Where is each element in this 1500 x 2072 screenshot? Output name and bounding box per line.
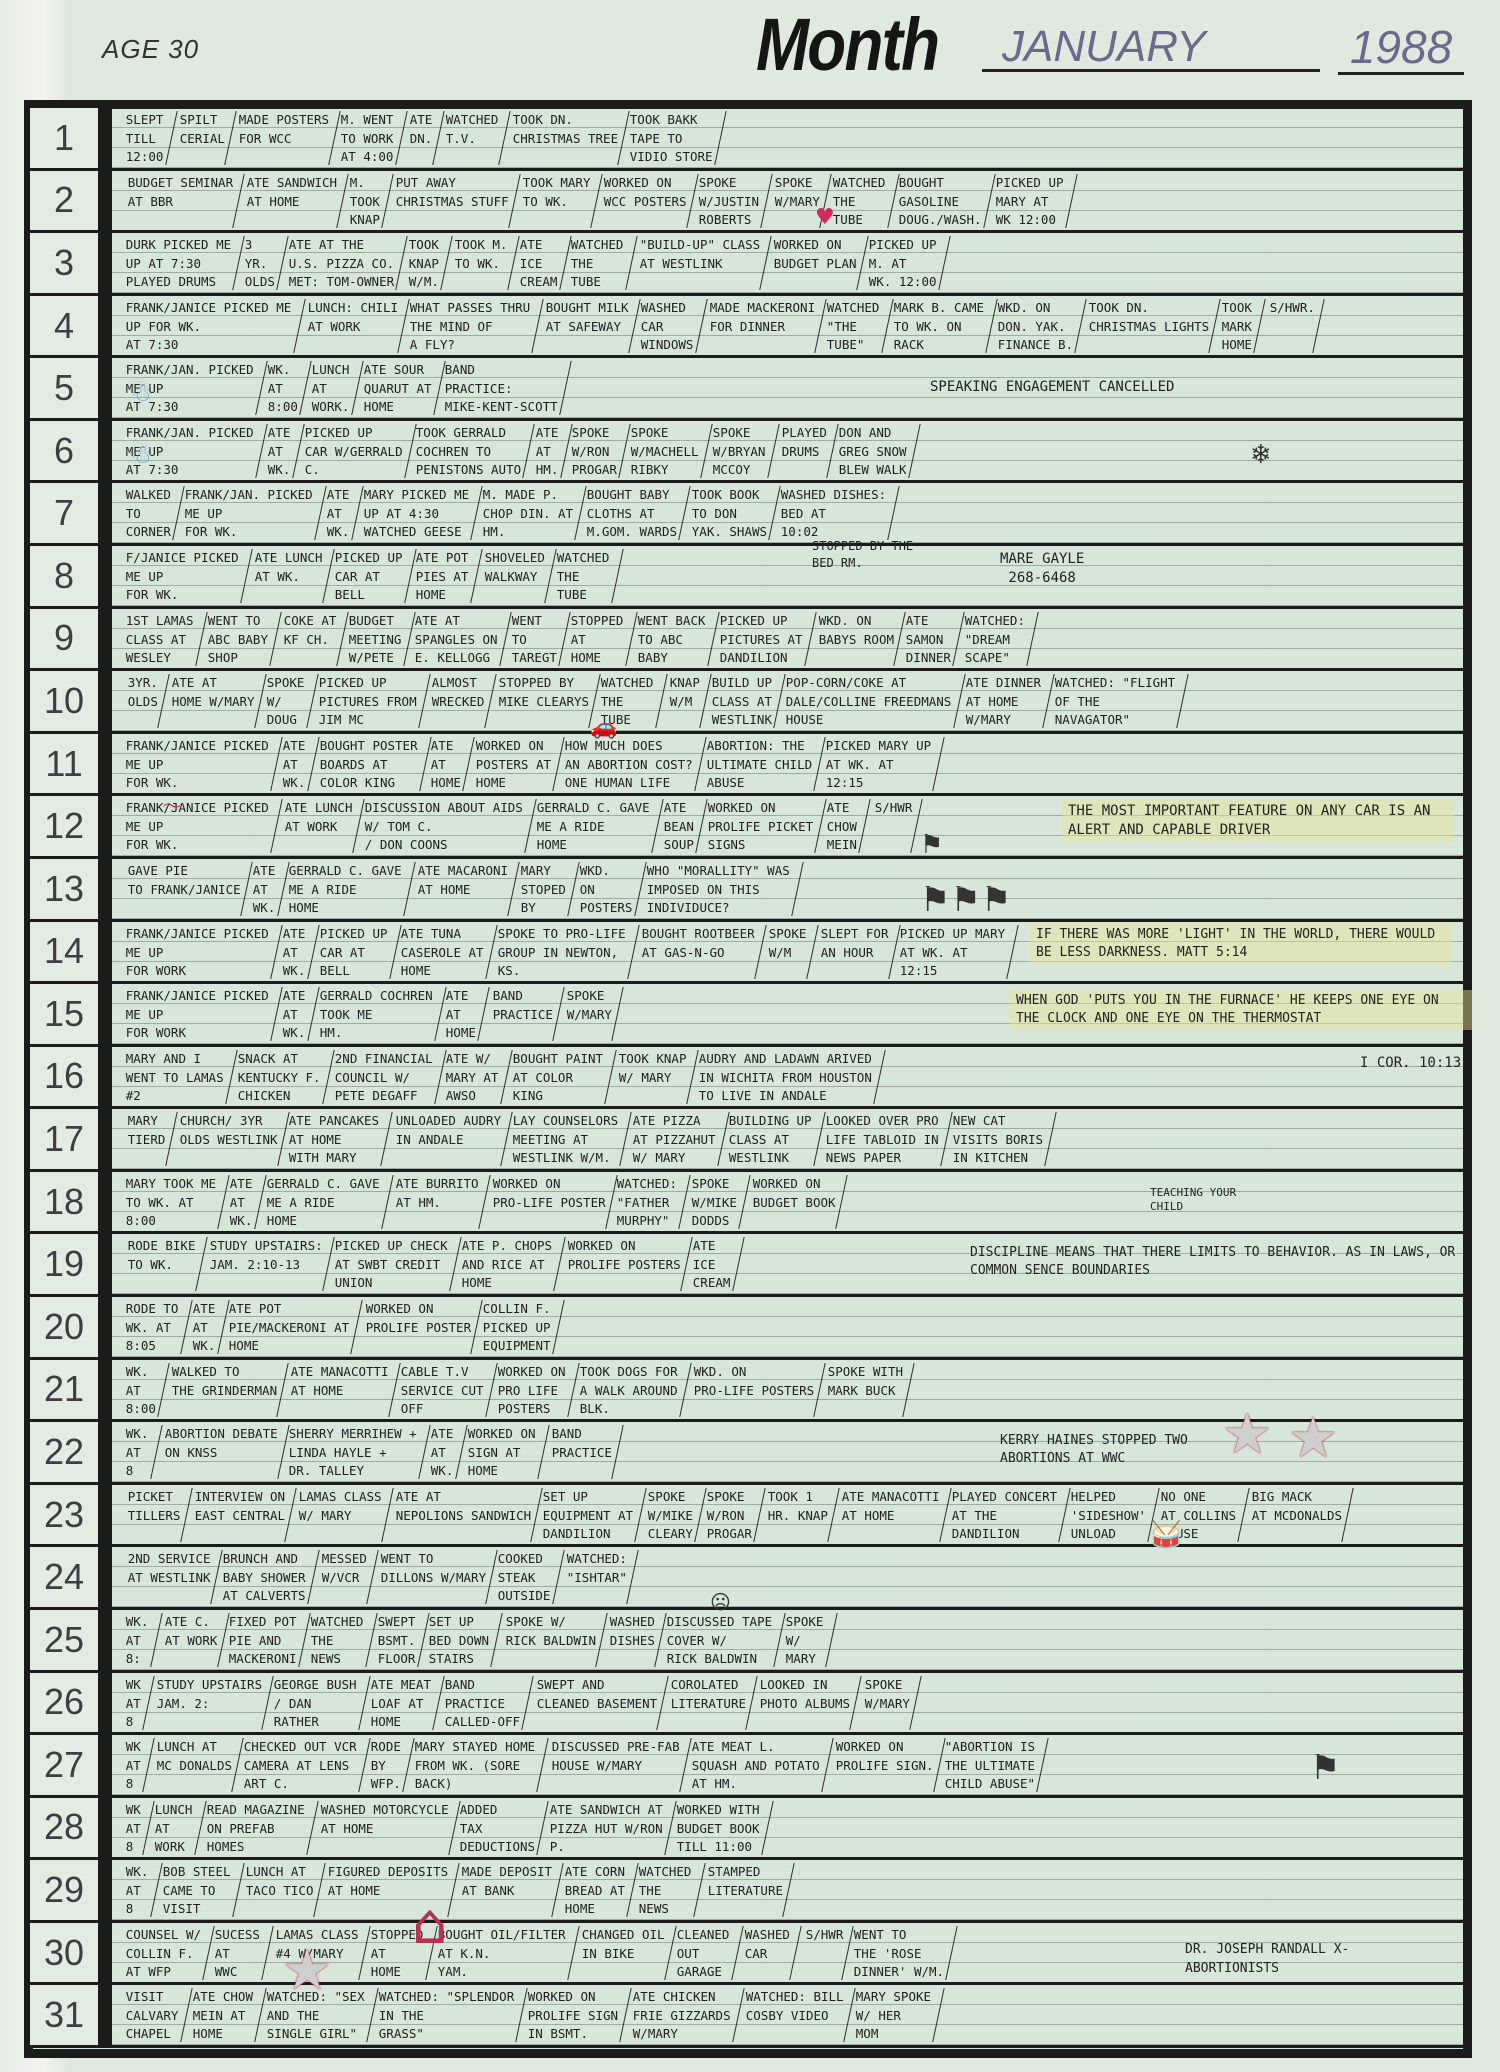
day-row: WK. AT 8BOB STEEL CAME TO VISITLUNCH AT … xyxy=(112,1860,1464,1923)
diary-entry: SPOKE W/ RICK BALDWIN xyxy=(492,1613,608,1667)
diary-entry: COROLATED LITERATURE xyxy=(657,1676,758,1730)
diary-entry: FRANK/JANICE PICKED ME UP FOR WK. AT 7:3… xyxy=(114,299,305,353)
squiggle-icon: 〜 xyxy=(162,790,182,819)
diary-entry: SHOVELED WALKWAY xyxy=(471,549,557,603)
diary-entry: WALKED TO THE GRINDERMAN xyxy=(158,1363,289,1417)
age-label: AGE 30 xyxy=(102,34,199,65)
diary-entry: BOUGHT BABY CLOTHS AT M.GOM. WARDS xyxy=(576,486,692,540)
diary-entry: CABLE T.V SERVICE CUT OFF xyxy=(390,1363,498,1417)
diary-entry: PICKED UP MARY AT WK 12:00 xyxy=(984,174,1077,228)
diary-entry: ATE CORN BREAD AT HOME xyxy=(553,1863,639,1917)
diary-entry: WATCHED T.V. xyxy=(433,111,511,165)
diary-entry: SPOKE W/ MARY xyxy=(775,1613,838,1667)
diary-entry: ATE W/ MARY AT AWSO xyxy=(435,1050,513,1104)
day-row: WALKED TO CORNERFRANK/JAN. PICKED ME UP … xyxy=(112,483,1464,546)
diary-entry: BOB STEEL CAME TO VISIT xyxy=(151,1863,244,1917)
diary-entry: WATCHED THE NEWS xyxy=(627,1863,705,1917)
diary-entry: BAND PRACTICE xyxy=(479,987,565,1041)
diary-entry: ATE LUNCH AT WK. xyxy=(241,549,334,603)
diary-entry: CHECKED OUT VCR CAMERA AT LENS ART C. xyxy=(233,1738,371,1792)
diary-entry: WENT TO THE 'ROSE DINNER' W/M. xyxy=(842,1926,958,1980)
month-label: Month xyxy=(756,2,938,87)
diary-entry: FRANK/JAN. PICKED ME UP FOR WK. xyxy=(173,486,326,540)
day-number: 29 xyxy=(30,1860,98,1923)
diary-entry: WENT TO ABC BABY SHOP xyxy=(196,612,282,666)
diary-entry: ATE CHICKEN FRIE GIZZARDS W/MARY xyxy=(621,1988,744,2042)
diary-entry: WORKED ON PROLIFE POSTER xyxy=(352,1300,483,1354)
day-row: FRANK/JANICE PICKED ME UP FOR WK.ATE AT … xyxy=(112,734,1464,797)
diary-entry: WASHED DISHES: BED AT 10:02 xyxy=(769,486,900,540)
diary-entry: ATE AT NEPOLIONS SANDWICH xyxy=(382,1488,543,1542)
day-number: 25 xyxy=(30,1610,98,1673)
drum-kit-icon: 🥁 xyxy=(1150,1520,1182,1550)
day-number: 15 xyxy=(30,984,98,1047)
day-row: WK AT 8LUNCH AT WORKREAD MAGAZINE ON PRE… xyxy=(112,1798,1464,1861)
diary-entry: BUDGET SEMINAR AT BBR xyxy=(114,174,245,228)
diary-entry: TOOK 1 HR. KNAP xyxy=(754,1488,840,1542)
day-row: F/JANICE PICKED ME UP FOR WK.ATE LUNCH A… xyxy=(112,546,1464,609)
note-quote-furnace: WHEN GOD 'PUTS YOU IN THE FURNACE' HE KE… xyxy=(1010,990,1472,1030)
diary-entry: WORKED ON BUDGET BOOK xyxy=(739,1175,847,1229)
diary-entry: SLEPT FOR AN HOUR xyxy=(807,925,900,979)
diary-entry: BUILDING UP CLASS AT WESTLINK xyxy=(718,1112,826,1166)
diary-entry: LUNCH AT MC DONALDS xyxy=(143,1738,244,1792)
diary-entry: SPOKE W/BRYAN MCCOY xyxy=(701,424,779,478)
day-row: WK. AT 8:ATE C. AT WORKFIXED POT PIE AND… xyxy=(112,1610,1464,1673)
note-speaking-cancelled: SPEAKING ENGAGEMENT CANCELLED xyxy=(930,378,1174,397)
diary-entry: MADE DEPOSIT AT BANK xyxy=(449,1863,565,1917)
diary-entry: POP-CORN/COKE AT DALE/COLLINE FREEDMANS … xyxy=(775,674,966,728)
diary-entry: WORKED ON PROLIFE SIGN. xyxy=(822,1738,945,1792)
diary-entry: LUNCH AT TACO TICO xyxy=(233,1863,326,1917)
diary-entry: HELPED 'SIDESHOW' UNLOAD xyxy=(1060,1488,1161,1542)
day-number: 30 xyxy=(30,1923,98,1986)
diary-entry: PICKED UP M. AT WK. 12:00 xyxy=(857,236,950,290)
year-value: 1988 xyxy=(1338,22,1464,75)
diary-entry: LUNCH: CHILI AT WORK xyxy=(294,299,410,353)
diary-entry: WATCHED: "ISHTAR" xyxy=(553,1550,639,1604)
diary-entry: MADE MACKERONI FOR DINNER xyxy=(696,299,827,353)
diary-entry: SHERRY MERRIHEW + LINDA HAYLE + DR. TALL… xyxy=(278,1425,431,1479)
diary-entry: LAY COUNSELORS MEETING AT WESTLINK W/M. xyxy=(501,1112,632,1166)
diary-entry: SPOKE W/MARY xyxy=(553,987,624,1041)
diary-entry: PUT AWAY CHRISTMAS STUFF xyxy=(382,174,520,228)
diary-entry: SPOKE TO PRO-LIFE GROUP IN NEWTON, KS. xyxy=(486,925,639,979)
diary-entry: READ MAGAZINE ON PREFAB HOMES xyxy=(195,1801,318,1855)
diary-entry: WKD. ON BABYS ROOM xyxy=(805,612,906,666)
diary-entry: VISIT CALVARY CHAPEL xyxy=(114,1988,192,2042)
star-icon: ★ xyxy=(1288,1414,1338,1464)
diary-entry: WATCHED: "DREAM SCAPE" xyxy=(953,612,1039,666)
diary-entry: BOUGHT ROOTBEER AT GAS-N-GO xyxy=(628,925,766,979)
diary-entry: TOOK KNAP W/ MARY xyxy=(606,1050,699,1104)
diary-entry: WKD. ON DON. YAK. FINANCE B. xyxy=(986,299,1087,353)
diary-entry: PICKED UP PICTURES AT DANDILION xyxy=(708,612,816,666)
diary-entry: SNACK AT KENTUCKY F. CHICKEN xyxy=(226,1050,334,1104)
diary-entry: PICKET TILLERS xyxy=(114,1488,192,1542)
diary-entry: MARY TOOK ME TO WK. AT 8:00 xyxy=(114,1175,230,1229)
diary-entry: WATCHED: "FATHER MURPHY" xyxy=(606,1175,692,1229)
diary-entry: DISCUSSION ABOUT AIDS W/ TOM C. / DON CO… xyxy=(353,799,536,853)
note-teaching: TEACHING YOUR CHILD xyxy=(1150,1186,1240,1214)
diary-entry: S/HWR. xyxy=(1254,299,1325,353)
diary-entry: WKD. ON POSTERS xyxy=(568,862,646,916)
diary-entry: ADDED TAX DEDUCTIONS xyxy=(449,1801,550,1855)
day-number: 26 xyxy=(30,1673,98,1736)
diary-entry: FRANK/JANICE PICKED ME UP FOR WK. xyxy=(114,799,282,853)
diary-entry: ATE MACARONI AT HOME xyxy=(405,862,521,916)
day-number: 21 xyxy=(30,1360,98,1423)
diary-entry: SPOKE WITH MARK BUCK xyxy=(814,1363,915,1417)
diary-entry: MARY SPOKE W/ HER MOM xyxy=(845,1988,946,2042)
diary-entry: TOOK BOOK TO DON YAK. SHAWS xyxy=(680,486,781,540)
diary-entry: TOOK DN. CHRISTMAS TREE xyxy=(499,111,630,165)
diary-entry: PICKED UP PICTURES FROM JIM MC xyxy=(307,674,430,728)
day-number: 31 xyxy=(30,1985,98,2048)
diary-entry: WORKED ON POSTERS AT HOME xyxy=(464,737,565,791)
diary-entry: WORKED ON PRO-LIFE POSTER xyxy=(479,1175,617,1229)
day-row: MARY AND I WENT TO LAMAS #2SNACK AT KENT… xyxy=(112,1047,1464,1110)
diary-entry: MARY PICKED ME UP AT 4:30 WATCHED GEESE xyxy=(352,486,483,540)
day-row: FRANK/JAN. PICKED ME UP AT 7:30WK. AT 8:… xyxy=(112,358,1464,421)
diary-entry: WASHED CAR WINDOWS xyxy=(629,299,707,353)
diary-entry: TOOK GERRALD COCHREN TO PENISTONS AUTO xyxy=(405,424,536,478)
star-icon: ★ xyxy=(1222,1410,1272,1460)
day-number: 17 xyxy=(30,1109,98,1172)
day-number: 24 xyxy=(30,1547,98,1610)
diary-entry: 2ND SERVICE AT WESTLINK xyxy=(114,1550,222,1604)
diary-entry: BIG MACK AT MCDONALDS xyxy=(1238,1488,1354,1542)
diary-entry: WASHED MOTORCYCLE AT HOME xyxy=(307,1801,460,1855)
diary-entry: ABORTION DEBATE ON KNSS xyxy=(151,1425,289,1479)
diary-entry: WATCHED THE NEWS xyxy=(299,1613,377,1667)
diary-entry: WORKED ON PROLIFE SIGN IN BSMT. xyxy=(517,1988,633,2042)
diary-entry: BOUGHT OIL/FILTER AT K.N. YAM. xyxy=(426,1926,579,1980)
diary-entry: WORKED WITH BUDGET BOOK TILL 11:00 xyxy=(665,1801,773,1855)
diary-entry: AUDRY AND LADAWN ARIVED IN WICHITA FROM … xyxy=(688,1050,886,1104)
day-number: 20 xyxy=(30,1297,98,1360)
diary-entry: BAND PRACTICE: MIKE-KENT-SCOTT xyxy=(434,361,572,415)
diary-entry: ATE SANDWICH AT PIZZA HUT W/RON P. xyxy=(538,1801,676,1855)
note-randall: DR. JOSEPH RANDALL X-ABORTIONISTS xyxy=(1185,1940,1385,1978)
day-number: 14 xyxy=(30,922,98,985)
diary-entry: SPOKE W/MIKE CLEARY xyxy=(636,1488,707,1542)
day-row: BUDGET SEMINAR AT BBRATE SANDWICH AT HOM… xyxy=(112,171,1464,234)
diary-entry: ATE MEAT LOAF AT HOME xyxy=(360,1676,446,1730)
diary-entry: COOKED STEAK OUTSIDE xyxy=(486,1550,564,1604)
day-number: 12 xyxy=(30,796,98,859)
day-number: 10 xyxy=(30,671,98,734)
snowman-icon: ☃ xyxy=(130,440,153,470)
diary-entry: PICKED UP CAR AT BELL xyxy=(323,549,416,603)
diary-entry: WORKED ON PROLIFE POSTERS xyxy=(554,1237,692,1291)
diary-entry: BAND PRACTICE CALLED-OFF xyxy=(434,1676,535,1730)
diary-entry: GAVE PIE TO FRANK/JANICE xyxy=(114,862,252,916)
note-quote-light: IF THERE WAS MORE 'LIGHT' IN THE WORLD, … xyxy=(1030,924,1452,964)
diary-entry: ATE SANDWICH AT HOME xyxy=(234,174,350,228)
day-number: 3 xyxy=(30,233,98,296)
diary-entry: ATE PANCAKES AT HOME WITH MARY xyxy=(278,1112,394,1166)
day-number: 13 xyxy=(30,859,98,922)
diary-entry: ATE MANACOTTI AT HOME xyxy=(828,1488,951,1542)
diary-entry: FRANK/JANICE PICKED ME UP FOR WK. xyxy=(114,737,282,791)
day-number-column: 1234567891011121314151617181920212223242… xyxy=(30,108,104,2048)
diary-entry: FRANK/JANICE PICKED ME UP FOR WORK xyxy=(114,925,282,979)
diary-entry: ATE ICE CREAM xyxy=(681,1237,744,1291)
diary-entry: MARY STAYED HOME FROM WK. (SORE BACK) xyxy=(404,1738,550,1792)
diary-entry: ATE AT THE U.S. PIZZA CO. MET: TOM-OWNER xyxy=(278,236,409,290)
diary-entry: ATE MANACOTTI AT HOME xyxy=(278,1363,401,1417)
diary-entry: SWEPT AND CLEANED BASEMENT xyxy=(523,1676,669,1730)
diary-entry: ATE C. AT WORK xyxy=(151,1613,229,1667)
day-row: 1ST LAMAS CLASS AT WESLEYWENT TO ABC BAB… xyxy=(112,609,1464,672)
diary-entry: PLAYED CONCERT AT THE DANDILION xyxy=(940,1488,1071,1542)
diary-entry: DISCUSSED PRE-FAB HOUSE W/MARY xyxy=(538,1738,691,1792)
day-number: 9 xyxy=(30,609,98,672)
diary-entry: SPOKE W/MARY xyxy=(851,1676,922,1730)
diary-entry: ATE DINNER AT HOME W/MARY xyxy=(954,674,1055,728)
column-divider xyxy=(98,108,112,2048)
picket-signs-icon: ⚑⚑⚑ xyxy=(920,880,1011,920)
diary-entry: M. MADE P. CHOP DIN. AT HM. xyxy=(471,486,587,540)
diary-entry: PICKED UP MARY AT WK. AT 12:15 xyxy=(889,925,1020,979)
diary-entry: WHAT PASSES THRU THE MIND OF A FLY? xyxy=(398,299,544,353)
diary-entry: SET UP BED DOWN STAIRS xyxy=(418,1613,504,1667)
diary-entry: WENT TO DILLONS W/MARY xyxy=(367,1550,498,1604)
diary-entry: STAMPED LITERATURE xyxy=(694,1863,795,1917)
day-row: DURK PICKED ME UP AT 7:30 PLAYED DRUMS3 … xyxy=(112,233,1464,296)
month-value: JANUARY xyxy=(982,22,1320,72)
diary-entry: ATE AT HOME W/MARY xyxy=(158,674,266,728)
day-row: FRANK/JANICE PICKED ME UP FOR WK. AT 7:3… xyxy=(112,296,1464,359)
diary-entry: WATCHED: "SPLENDOR IN THE GRASS" xyxy=(367,1988,528,2042)
diary-entry: BAND PRACTICE xyxy=(538,1425,624,1479)
page-header: AGE 30 Month JANUARY 1988 xyxy=(0,0,1500,110)
diary-entry: RODE TO WK. AT 8:05 xyxy=(114,1300,192,1354)
diary-entry: PICKED UP CHECK AT SWBT CREDIT UNION xyxy=(323,1237,461,1291)
diary-entry: GEORGE BUSH / DAN RATHER xyxy=(263,1676,371,1730)
diary-entry: "ABORTION IS THE ULTIMATE CHILD ABUSE" xyxy=(934,1738,1050,1792)
diary-entry: CHURCH/ 3YR OLDS WESTLINK xyxy=(166,1112,289,1166)
diary-entry: MARY AND I WENT TO LAMAS #2 xyxy=(114,1050,237,1104)
diary-entry: DURK PICKED ME UP AT 7:30 PLAYED DRUMS xyxy=(114,236,245,290)
diary-entry: BUDGET MEETING W/PETE xyxy=(337,612,415,666)
diary-entry: COKE AT KF CH. xyxy=(270,612,348,666)
day-row: WK AT 8STUDY UPSTAIRS JAM. 2:GEORGE BUSH… xyxy=(112,1673,1464,1736)
diary-entry: MADE POSTERS FOR WCC xyxy=(225,111,341,165)
day-row: GAVE PIE TO FRANK/JANICEATE AT WK.GERRAL… xyxy=(112,859,1464,922)
diary-entry: CHANGED OIL IN BIKE xyxy=(568,1926,676,1980)
diary-entry: SPOKE W/JUSTIN ROBERTS xyxy=(688,174,774,228)
diary-entry: GERRALD C. GAVE ME A RIDE HOME xyxy=(278,862,416,916)
snowblower-icon: ❄ xyxy=(1250,440,1272,470)
diary-entry: RODE BIKE TO WK. xyxy=(114,1237,207,1291)
diary-entry: WORKED ON SIGN AT HOME xyxy=(456,1425,549,1479)
star-icon: ★ xyxy=(282,1946,332,1996)
diary-entry: TOOK DN. CHRISTMAS LIGHTS xyxy=(1076,299,1222,353)
note-discipline: DISCIPLINE MEANS THAT THERE LIMITS TO BE… xyxy=(970,1244,1460,1280)
note-quote-car: THE MOST IMPORTANT FEATURE ON ANY CAR IS… xyxy=(1062,800,1454,842)
diary-entry: INTERVIEW ON EAST CENTRAL xyxy=(181,1488,297,1542)
diary-entry: ATE TUNA CASEROLE AT HOME xyxy=(390,925,498,979)
diary-entry: ABORTION: THE ULTIMATE CHILD ABUSE xyxy=(695,737,826,791)
diary-entry: WATCHED THE TUBE xyxy=(546,549,624,603)
car-icon: 🚗 xyxy=(590,715,617,740)
diary-entry: PICKED UP CAR AT BELL xyxy=(308,925,401,979)
diary-entry: TOOK M. TO WK. xyxy=(441,236,519,290)
diary-entry: COUNSEL W/ COLLIN F. AT WFP xyxy=(114,1926,215,1980)
diary-entry: BOUGHT GASOLINE DOUG./WASH. xyxy=(888,174,996,228)
day-row: 2ND SERVICE AT WESTLINKBRUNCH AND BABY S… xyxy=(112,1547,1464,1610)
diary-entry: LAMAS CLASS W/ MARY xyxy=(285,1488,393,1542)
diary-entry: FRANK/JANICE PICKED ME UP FOR WORK xyxy=(114,987,282,1041)
diary-entry: STOPPED BY MIKE CLEARYS xyxy=(485,674,601,728)
day-row: MARY TOOK ME TO WK. AT 8:00ATE AT WK.GER… xyxy=(112,1172,1464,1235)
day-number: 16 xyxy=(30,1047,98,1110)
diary-entry: BOUGHT MILK AT SAFEWAY xyxy=(533,299,641,353)
diary-entry: WORKED ON BUDGET PLAN xyxy=(761,236,869,290)
note-stopped-by: STOPPED BY THE BED RM. xyxy=(812,538,922,572)
diary-entry: ATE LUNCH AT WORK xyxy=(271,799,364,853)
diary-entry: WATCHED: BILL COSBY VIDEO xyxy=(733,1988,856,2042)
day-number: 5 xyxy=(30,358,98,421)
diary-entry: NEW CAT VISITS BORIS IN KITCHEN xyxy=(941,1112,1057,1166)
day-row: RODE TO WK. AT 8:05ATE AT WK.ATE POT PIE… xyxy=(112,1297,1464,1360)
picket-sign-icon: ⚑ xyxy=(1310,1748,1340,1788)
diary-entry: FIXED POT PIE AND MACKERONI xyxy=(218,1613,311,1667)
diary-entry: WATCHED THE TUBE xyxy=(560,236,638,290)
day-number: 8 xyxy=(30,546,98,609)
day-number: 19 xyxy=(30,1234,98,1297)
day-number: 27 xyxy=(30,1735,98,1798)
diary-entry: ATE CHOW MEIN AT HOME xyxy=(181,1988,267,2042)
day-number: 7 xyxy=(30,483,98,546)
day-number: 18 xyxy=(30,1172,98,1235)
diary-entry: LOOKED OVER PRO LIFE TABLOID IN NEWS PAP… xyxy=(814,1112,952,1166)
day-number: 23 xyxy=(30,1485,98,1548)
diary-entry: DISCUSSED TAPE COVER W/ RICK BALDWIN xyxy=(655,1613,786,1667)
diary-entry: STOPPED AT HOME xyxy=(560,612,638,666)
day-row: PICKET TILLERSINTERVIEW ON EAST CENTRALL… xyxy=(112,1485,1464,1548)
note-cor-ref: I COR. 10:13 xyxy=(1360,1054,1461,1073)
diary-entry: TOOK MARY TO WK. xyxy=(509,174,602,228)
day-row: WK AT 8LUNCH AT MC DONALDSCHECKED OUT VC… xyxy=(112,1735,1464,1798)
day-number: 11 xyxy=(30,734,98,797)
diary-entry: CLEANED OUT GARAGE xyxy=(665,1926,743,1980)
day-number: 22 xyxy=(30,1422,98,1485)
diary-entry: ATE MEAT L. SQUASH AND POTATO AT HM. xyxy=(680,1738,833,1792)
frown-face-icon: ☹ xyxy=(710,1590,731,1614)
diary-entry: BOUGHT POSTER BOARDS AT COLOR KING xyxy=(308,737,431,791)
diary-entry: WORKED ON PRO LIFE POSTERS xyxy=(486,1363,579,1417)
diary-entry: UNLOADED AUDRY IN ANDALE xyxy=(382,1112,513,1166)
diary-entry: ATE P. CHOPS AND RICE AT HOME xyxy=(450,1237,566,1291)
day-row: SLEPT TILL 12:00SPILT CERIALMADE POSTERS… xyxy=(112,108,1464,171)
diary-entry: ATE POT PIES AT HOME xyxy=(405,549,483,603)
note-phone: MARE GAYLE 268-6468 xyxy=(1000,550,1084,588)
diary-entry: GERRALD C. GAVE ME A RIDE HOME xyxy=(255,1175,393,1229)
diary-entry: "BUILD-UP" CLASS AT WESTLINK xyxy=(626,236,772,290)
diary-entry: BUILD UP CLASS AT WESTLINK xyxy=(700,674,786,728)
diary-entry: WORKED ON PROLIFE PICKET SIGNS xyxy=(696,799,827,853)
day-number: 6 xyxy=(30,421,98,484)
diary-entry: ATE PIZZA AT PIZZAHUT W/ MARY xyxy=(621,1112,729,1166)
diary-entry: ATE AT SPANGLES ON E. KELLOGG xyxy=(404,612,512,666)
diary-entry: LOOKED IN PHOTO ALBUMS xyxy=(747,1676,863,1730)
diary-entry: WATCHED: "FLIGHT OF THE NAVAGATOR" xyxy=(1044,674,1190,728)
day-number: 4 xyxy=(30,296,98,359)
day-row: MARY TIERDCHURCH/ 3YR OLDS WESTLINKATE P… xyxy=(112,1109,1464,1172)
diary-entry: WENT BACK TO ABC BABY xyxy=(626,612,719,666)
diary-entry: ATE SOUR QUARUT AT HOME xyxy=(352,361,445,415)
diary-entry: HOW MUCH DOES AN ABORTION COST? ONE HUMA… xyxy=(553,737,706,791)
diary-entry: ATE POT PIE/MACKERONI AT HOME xyxy=(218,1300,364,1354)
diary-entry: 1ST LAMAS CLASS AT WESLEY xyxy=(114,612,207,666)
day-rows: SLEPT TILL 12:00SPILT CERIALMADE POSTERS… xyxy=(112,108,1464,2048)
house-icon: ⌂ xyxy=(412,1892,448,1957)
note-kerry: KERRY HAINES STOPPED TWO ABORTIONS AT WW… xyxy=(1000,1432,1230,1468)
diary-entry: ATE BURRITO AT HM. xyxy=(382,1175,490,1229)
diary-entry: GERRALD COCHREN TOOK ME HM. xyxy=(308,987,446,1041)
diary-entry: SPOKE W/MACHELL RIBKY xyxy=(620,424,713,478)
diary-entry: COLLIN F. PICKED UP EQUIPMENT xyxy=(471,1300,564,1354)
diary-entry: GERRALD C. GAVE ME A RIDE HOME xyxy=(525,799,663,853)
picket-sign-icon: ⚑ xyxy=(920,830,943,860)
diary-entry: WHO "MORALLITY" WAS IMPOSED ON THIS INDI… xyxy=(635,862,803,916)
snowman-icon: ☃ xyxy=(130,378,153,408)
heart-icon: ♥ xyxy=(815,205,835,230)
diary-entry: F/JANICE PICKED ME UP FOR WK. xyxy=(114,549,252,603)
diary-entry: WKD. ON PRO-LIFE POSTERS xyxy=(680,1363,826,1417)
diary-entry: WATCHED "THE TUBE" xyxy=(815,299,893,353)
day-number: 1 xyxy=(30,108,98,171)
diary-entry: BOUGHT PAINT AT COLOR KING xyxy=(501,1050,617,1104)
diary-entry: WORKED ON WCC POSTERS xyxy=(591,174,699,228)
day-row: 3YR. OLDSATE AT HOME W/MARYSPOKE W/ DOUG… xyxy=(112,671,1464,734)
diary-entry: BRUNCH AND BABY SHOWER AT CALVERTS xyxy=(211,1550,319,1604)
day-number: 28 xyxy=(30,1798,98,1861)
diary-entry: DON AND GREG SNOW BLEW WALK xyxy=(827,424,920,478)
diary-entry: 2ND FINANCIAL COUNCIL W/ PETE DEGAFF xyxy=(323,1050,446,1104)
day-number: 2 xyxy=(30,171,98,234)
diary-entry: ALMOST WRECKED xyxy=(419,674,497,728)
diary-entry: M. WENT TO WORK AT 4:00 xyxy=(329,111,407,165)
diary-entry: TOOK DOGS FOR A WALK AROUND BLK. xyxy=(568,1363,691,1417)
diary-entry: PICKED MARY UP AT WK. AT 12:15 xyxy=(814,737,945,791)
diary-entry: TOOK BAKK TAPE TO VIDIO STORE xyxy=(619,111,727,165)
diary-entry: STUDY UPSTAIRS JAM. 2: xyxy=(143,1676,274,1730)
diary-entry: PICKED UP CAR W/GERRALD C. xyxy=(293,424,416,478)
diary-entry: MARK B. CAME TO WK. ON RACK xyxy=(882,299,998,353)
diary-entry: S/HWR xyxy=(860,799,923,853)
diary-entry: SET UP EQUIPMENT AT DANDILION xyxy=(532,1488,648,1542)
diary-entry: STUDY UPSTAIRS: JAM. 2:10-13 xyxy=(196,1237,334,1291)
